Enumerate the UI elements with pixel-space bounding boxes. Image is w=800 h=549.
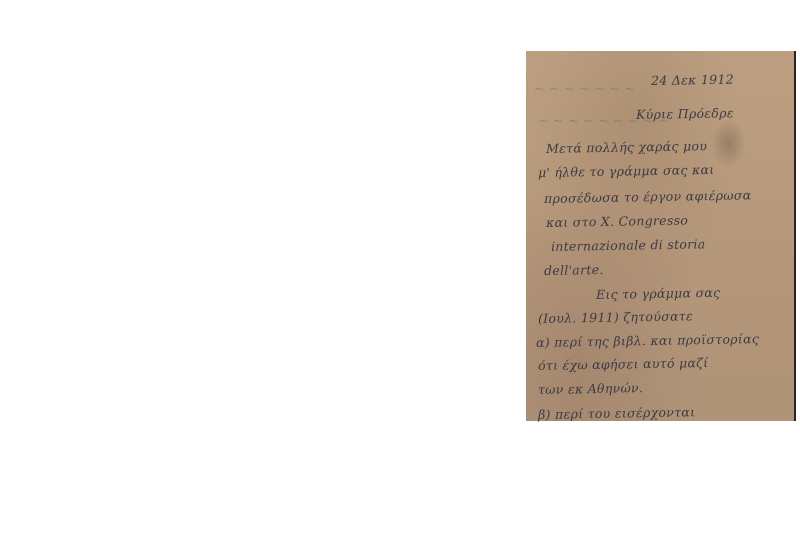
handwritten-line: internazionale di storia bbox=[551, 236, 706, 254]
letter-page: ~ ~ ~ ~ ~ ~ ~~ ~ ~ ~ ~ ~ ~ ~ ~24 Δεκ 191… bbox=[526, 51, 796, 421]
handwritten-line: των εκ Αθηνών. bbox=[538, 380, 643, 397]
bleedthrough-text: ~ ~ ~ ~ ~ ~ ~ bbox=[534, 81, 635, 96]
handwritten-line: προσέδωσα το έργον αφιέρωσα bbox=[544, 187, 752, 206]
handwritten-line: Εις το γράμμα σας bbox=[596, 285, 721, 302]
handwritten-line: και στο X. Congresso bbox=[546, 213, 688, 230]
handwritten-line: Κύριε Πρόεδρε bbox=[636, 105, 734, 122]
handwritten-line: Μετά πολλής χαράς μου bbox=[546, 138, 707, 156]
handwritten-line: dell'arte. bbox=[544, 262, 604, 278]
handwritten-line: (Ιουλ. 1911) ζητούσατε bbox=[538, 308, 693, 326]
handwritten-line: β) περί του εισέρχονται bbox=[538, 404, 696, 422]
handwritten-line: μ' ήλθε το γράμμα σας και bbox=[538, 162, 715, 180]
page-edge-shadow bbox=[794, 51, 796, 421]
handwritten-line: α) περί της βιβλ. και προϊστορίας bbox=[536, 331, 759, 350]
handwritten-line: ότι έχω αφήσει αυτό μαζί bbox=[538, 355, 709, 373]
handwritten-line: 24 Δεκ 1912 bbox=[651, 72, 734, 88]
